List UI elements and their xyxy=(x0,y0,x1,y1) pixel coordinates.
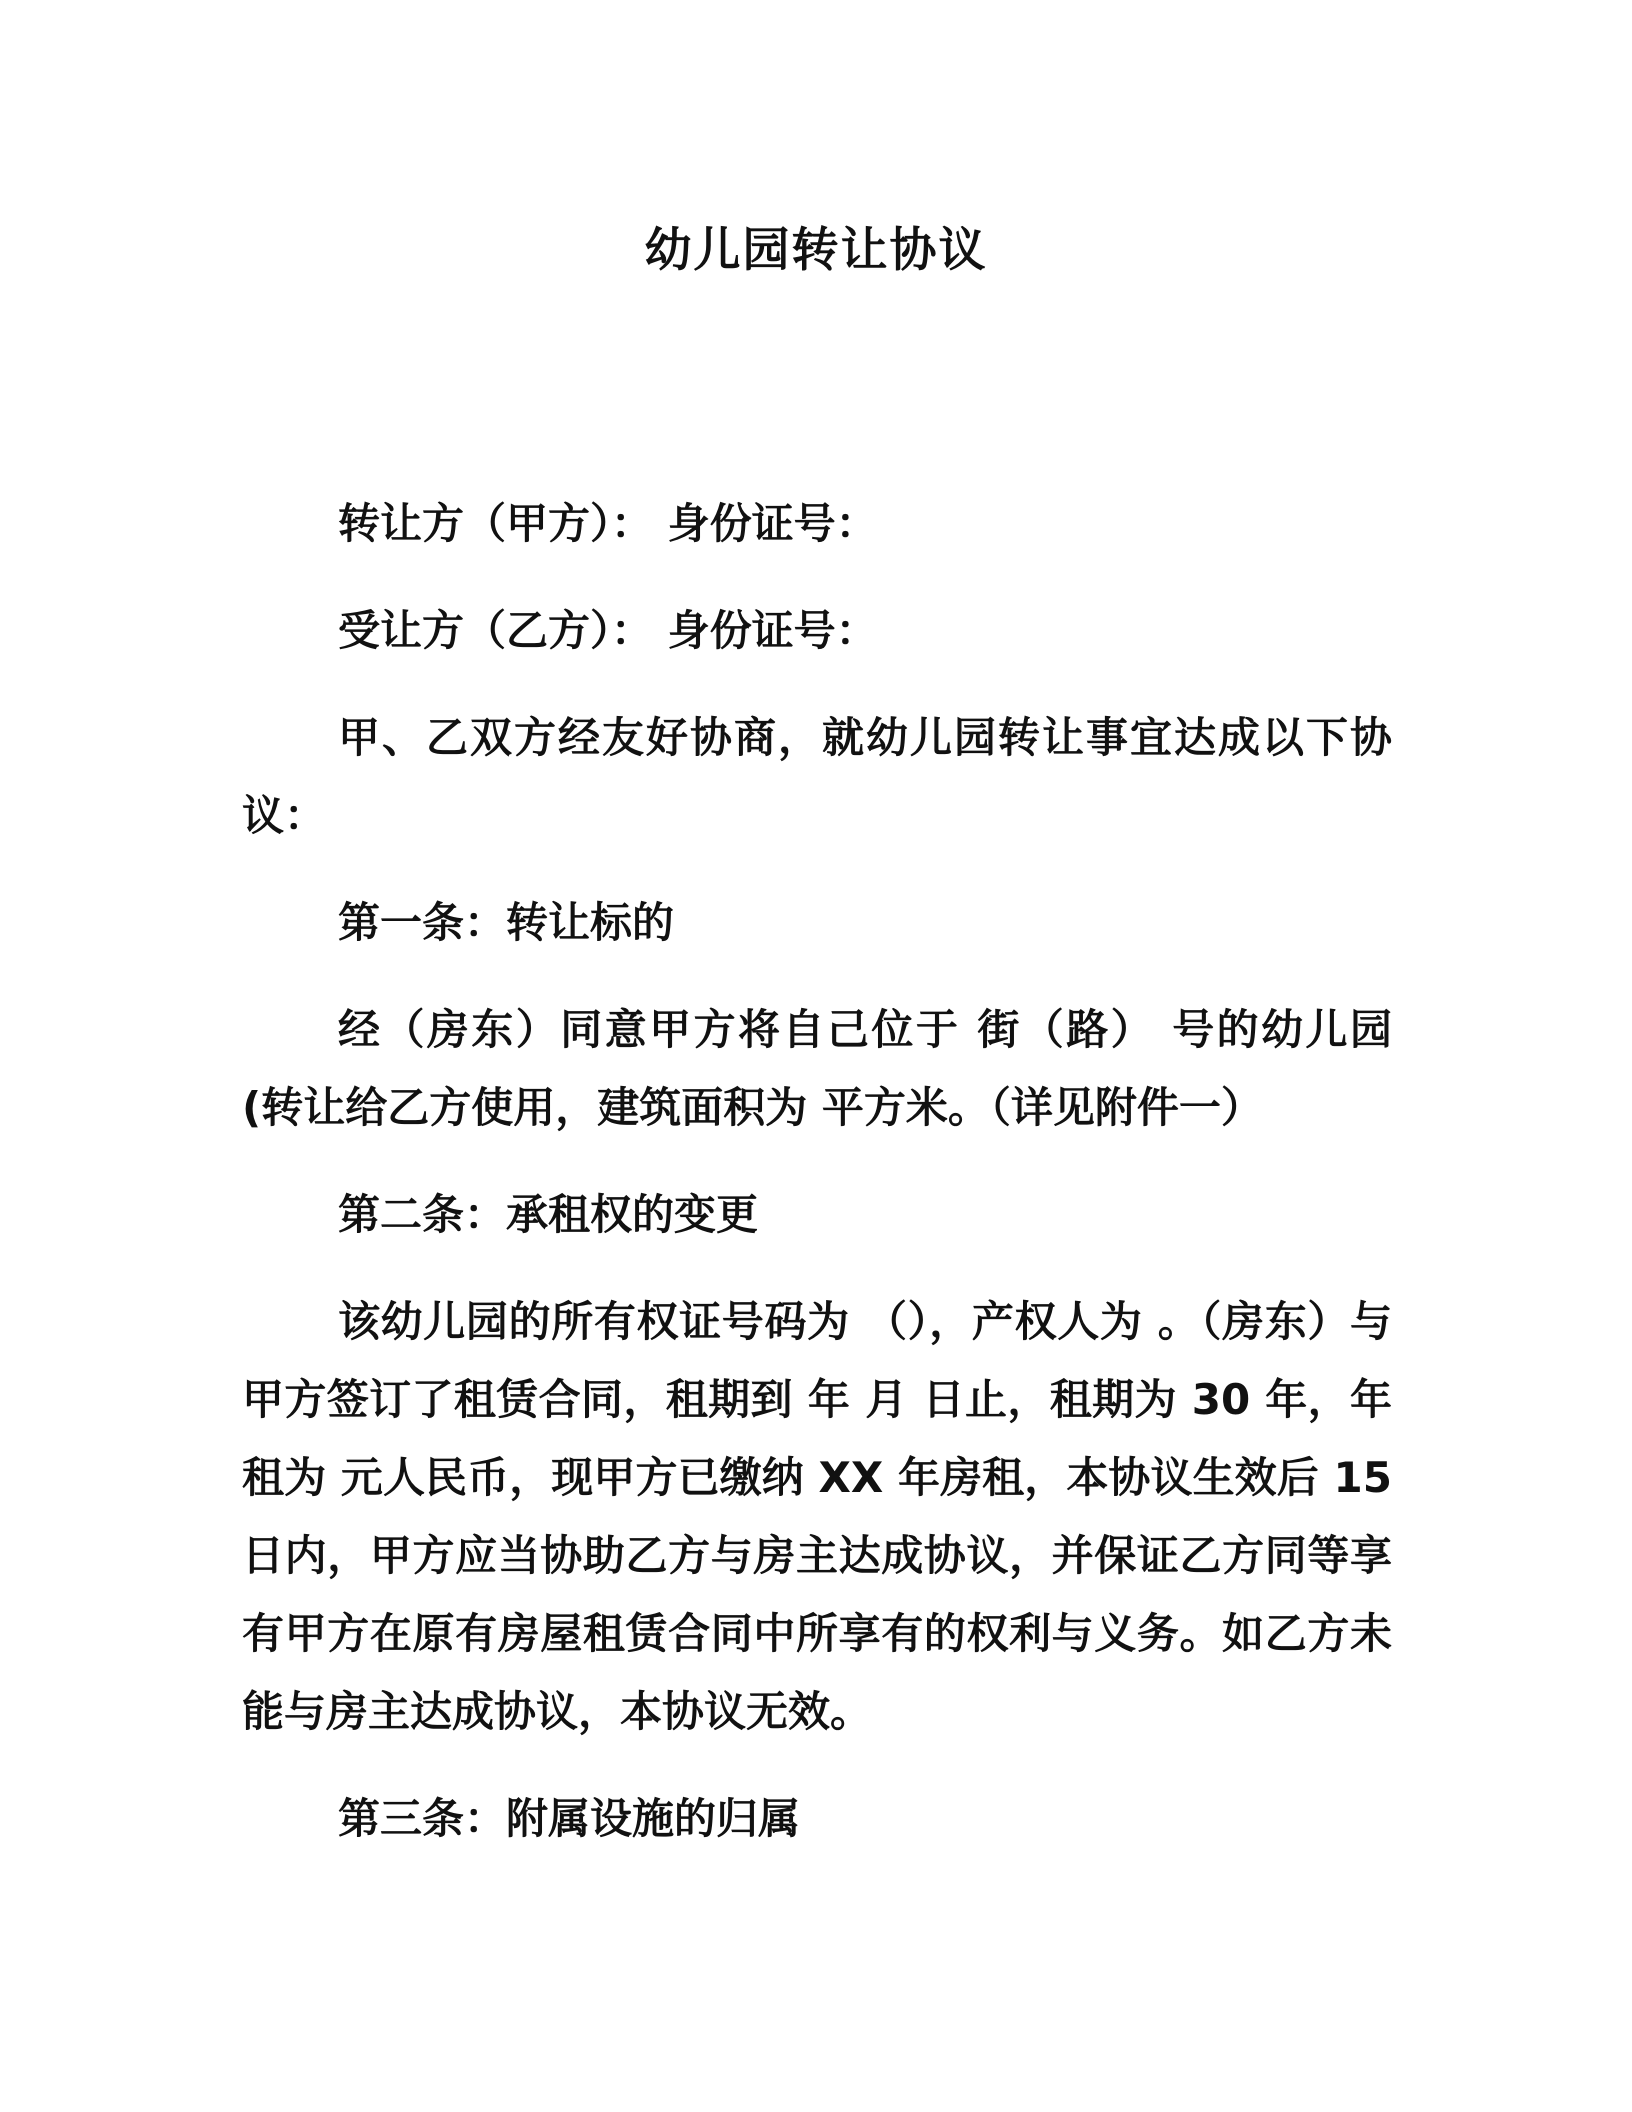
paragraph-clause-2-heading: 第二条：承租权的变更 xyxy=(242,1176,1392,1254)
document-body: 转让方（甲方）： 身份证号： 受让方（乙方）： 身份证号： 甲、乙双方经友好协商… xyxy=(0,485,1632,1858)
document-page: 幼儿园转让协议 转让方（甲方）： 身份证号： 受让方（乙方）： 身份证号： 甲、… xyxy=(0,0,1632,2112)
paragraph-clause-3-heading: 第三条：附属设施的归属 xyxy=(242,1780,1392,1858)
paragraph-clause-1-body: 经（房东）同意甲方将自己位于 街（路） 号的幼儿园(转让给乙方使用，建筑面积为 … xyxy=(242,991,1392,1147)
paragraph-preamble: 甲、乙双方经友好协商，就幼儿园转让事宜达成以下协议： xyxy=(242,699,1392,855)
document-title: 幼儿园转让协议 xyxy=(0,0,1632,279)
paragraph-party-b: 受让方（乙方）： 身份证号： xyxy=(242,592,1392,670)
paragraph-party-a: 转让方（甲方）： 身份证号： xyxy=(242,485,1392,563)
paragraph-clause-1-heading: 第一条：转让标的 xyxy=(242,884,1392,962)
paragraph-clause-2-body: 该幼儿园的所有权证号码为 （），产权人为 。（房东）与甲方签订了租赁合同，租期到… xyxy=(242,1283,1392,1751)
